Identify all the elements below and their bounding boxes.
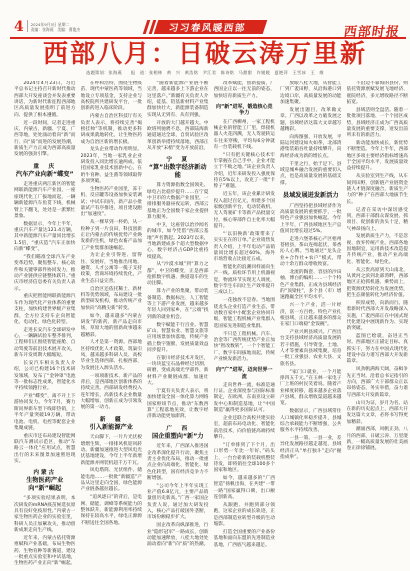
body-paragraph: 山川为证，岁月为名。站在新的历史起点上，西部大开发这篇大文章，必将书写得更加精彩… bbox=[347, 401, 409, 426]
section-region-name: 重 庆 bbox=[14, 164, 76, 171]
body-paragraph: 中卫，这座曾以治沙闻名的城市，如今凭借“西部云基地”声名鹊起。2023年以来，当… bbox=[147, 223, 209, 261]
section-heading: 内蒙古生物医药产业向“新”崛起 bbox=[14, 470, 76, 492]
news-column: 放眼八桂大地，从智能工厂到广袤田野，从沿海港口到边境口岸，高质量发展的动能加速集… bbox=[280, 81, 342, 571]
body-paragraph: 近年来，广西深入推进国企改革深化提升行动，聚焦主责主业优化布局，推动一批重点企业… bbox=[147, 444, 209, 482]
body-paragraph: 潮涌西部，风帆正劲。八月的西部，日破云涛、万里澄新，一幅高质量发展的壮美画卷正徐… bbox=[347, 427, 409, 452]
article-columns: 2024年4月23日，习近平总书记主持召开新时代推动西部大开发座谈会并发表重要讲… bbox=[14, 81, 408, 571]
body-paragraph: 生物医药产业园里，冻干机、反应罐等设备加快安装调试；中试车间内，新产品小批量试产… bbox=[81, 187, 143, 219]
body-paragraph: 兴一个产业，活一片经济，富一方百姓。特色产业扎根县域，正让越来越多的群众在家门口… bbox=[280, 303, 342, 328]
body-paragraph: 重庆把智能网联新能源汽车作为现代化产业体系的重要支柱，加快构建世界级产业集群，全… bbox=[14, 294, 76, 326]
subheading: 向“新”进军，锻造核心竞争力 bbox=[214, 104, 276, 118]
body-paragraph: 风劲帆满海天阔，奋楫争先正当时。沿着总书记指引的方向，西部广大干部群众正以昂扬姿… bbox=[347, 367, 409, 399]
body-paragraph: 在广西柳州，一家工程机械企业的智能工厂里，焊接机器人火花四溅，无人驾驶转运车往来… bbox=[214, 120, 276, 152]
body-paragraph: 蓝图已绘就，奋进正当时。西部地区正锚定目标、真抓实干，努力在中国式现代化建设中奋… bbox=[347, 334, 409, 366]
masthead-logo: 西部时报 bbox=[343, 21, 402, 40]
body-paragraph: 县域活则全盘活。随着一批批项目落地、一个个园区成势，县域经济正成为广西高质量发展… bbox=[347, 108, 409, 140]
body-paragraph: 近五年，该企业累计研发投入超过百亿元，组建多个国家级创新平台，电动装载机、无人驾… bbox=[214, 192, 276, 230]
body-paragraph: 不沿边不靠海的县份，则依托资源禀赋发展飞地经济、庭院经济，多元增收路径不断拓宽。 bbox=[347, 81, 409, 106]
body-paragraph: 走进长安汽车全球研发中心，一辆辆试验车整齐排列，工程师们正围绕智能座舱、自动驾驶… bbox=[14, 328, 76, 360]
section-title: 生物医药产业向“新”崛起 bbox=[14, 477, 76, 492]
body-paragraph: 在呼和浩特，围绕生物疫苗、现代中蒙医药等领域，当地设立专项基金，支持企业与高校院… bbox=[81, 81, 143, 113]
section-title: 县域发展迸发新活力 bbox=[280, 192, 342, 200]
body-paragraph: 天山脚下，一片片光伏板熠熠生辉，一排排风机迎风转动。新疆加速推进大型风电光伏基地… bbox=[81, 435, 143, 467]
body-paragraph: “家门口就业，一个月能挣四五千元。”在玉林一家电子厂上班的村民笑着说。随着产业梯… bbox=[280, 370, 342, 408]
body-paragraph: 数据显示，今年上半年，重庆汽车产量达121.4万辆，其中新能源汽车产量同比增长1… bbox=[14, 222, 76, 254]
body-paragraph: 一项项新技术、新产品的背后，是西部地区创新体系的持续完善。西部研发经费投入连年增… bbox=[81, 374, 143, 412]
body-paragraph: 积厚成势，向新而行。随着新时代西部大开发战略深入实施，广袤西部正在中国式现代化建… bbox=[347, 301, 409, 333]
body-paragraph: 发展新质生产力，不是忽视、放弃传统产业。西部各地因地制宜，运用新技术改造提升传统… bbox=[347, 234, 409, 266]
body-paragraph: “多项实验结果表明，本次研发的mRNA疫苗候选抗原具有良好免疫原性。”内蒙古一家… bbox=[14, 496, 76, 534]
body-paragraph: 自治区还依托稀土、新材料等优势领域，布局建设一批新型研发机构，推动传统产业加快向… bbox=[81, 287, 143, 312]
page-number: 4 bbox=[14, 20, 24, 35]
news-column: 在呼和浩特，围绕生物疫苗、现代中蒙医药等领域，当地设立专项基金，支持企业与高校院… bbox=[81, 81, 143, 571]
body-paragraph: 产业兴则县域兴。广西出台支持县域经济高质量发展的若干措施，引导资金、土地、人才等… bbox=[280, 330, 342, 368]
body-paragraph: “我们瞄准全球汽车产业变革趋势，聚焦整车、核心软件和关键零部件协同发力，推动产业… bbox=[14, 255, 76, 293]
body-paragraph: 2024年4月23日，习近平总书记主持召开新时代推动西部大开发座谈会并发表重要讲… bbox=[14, 81, 76, 119]
body-paragraph: 数据显示，广西县域常住人口城镇化率稳步提升，县城综合承载能力不断增强，公共服务水… bbox=[280, 409, 342, 434]
section-heading: 重 庆汽车产业向新“蝶变” bbox=[14, 164, 76, 179]
body-paragraph: 放眼八桂大地，从智能工厂到广袤田野，从沿海港口到边境口岸，高质量发展的动能加速集… bbox=[280, 81, 342, 106]
body-paragraph: 在银川经济技术开发区，一块块蓝宝石晶棒经过切割、研磨，变成高端光学部件，新材料产… bbox=[147, 356, 209, 388]
subheading: 向“广”进军，迈向世界一流 bbox=[214, 367, 276, 381]
news-column: 改革赋能，创新提质，广西国企正以一往无前的姿态，加快培育新质生产力。向“新”进军… bbox=[214, 81, 276, 571]
body-paragraph: 不只是工程机械。汽车、冶金等广西传统优势产业正加快“智改数转”，一个个智能工厂、… bbox=[214, 332, 276, 364]
body-paragraph: 从实验室到生产线，从车间到田野，创新链产业链资金链人才链深度融合，新质生产力的“… bbox=[347, 174, 409, 206]
news-column: “随着新能源产业链不断完善，越来越多上下游企业在这里落户。”新疆有关负责人介绍，… bbox=[147, 81, 209, 571]
series-banner-text: 习习春风暖西部 bbox=[169, 20, 248, 34]
body-paragraph: 打造全国重要的产业备份基地和面向东盟的先进制造业基地，广西底气越来越足。 bbox=[214, 530, 276, 549]
body-paragraph: 产业“蝶变”，离不开上下游协同发力。今年7月，赛力斯问界新车型下线即热销，上半年… bbox=[14, 394, 76, 432]
body-paragraph: 企业还联合高校共建实验室，超前布局电动化、智能化前沿技术，向价值链高端持续攀升。 bbox=[214, 416, 276, 441]
body-paragraph: 千里之行，始于足下。县域是城乡融合发展的重要切入点，也是高质量发展的基础支撑。 bbox=[280, 162, 342, 187]
body-paragraph: 龙头企业带动作用明显。2023年，当地一家乳业企业研发投入同比增长逾两成，依托国… bbox=[81, 147, 143, 185]
body-paragraph: 从跟跑、并跑到部分领跑，这家企业的成长轨迹，正是西部制造业转型升级的生动缩影。 bbox=[214, 503, 276, 528]
date-editor-info: 2024年9月3日 星期二 责编：张海燕 美编：曹俊杰 bbox=[27, 20, 80, 32]
body-paragraph: 一县一策、一县一业，差异化发展路径越走越宽，县域经济正从“单打独斗”走向“握指成… bbox=[280, 436, 342, 461]
body-paragraph: 从“沙漠水城”到“算力之都”，中卫的蝶变，正是西部抢抓数字机遇、换道超车的生动注… bbox=[147, 262, 209, 287]
body-paragraph: 智能化的浪潮同样涌向生产一线。质检环节用上机器视觉，物流环节实现无人调度，数字孪… bbox=[214, 265, 276, 297]
section-title: 引入新能源产业 bbox=[81, 424, 143, 432]
body-paragraph: 改革赋能，创新提质，广西国企正以一往无前的姿态，加快培育新质生产力。 bbox=[214, 81, 276, 100]
body-paragraph: “‘以旧换新’政策带来了实实在在的订单。”企业销售负责人介绍，上半年电动产品销量… bbox=[214, 232, 276, 264]
body-paragraph: 一花独放不是春。当地围绕龙头企业打造产业生态，带动数百家中小配套企业协同升级，智… bbox=[214, 298, 276, 330]
byline: 选题策划：张海燕 报 道：张相林 黄 兴 黄浩铭 尹江君 陈诗铭 马甜甜 许媛媛… bbox=[0, 70, 410, 76]
section-heading: 县域发展迸发新活力 bbox=[280, 192, 342, 200]
body-paragraph: “追风逐日”的背后，是电网、储能、调峰等系统能力的整体跃升，新能源利用率持续保持… bbox=[81, 495, 143, 527]
news-column: 2024年4月23日，习近平总书记主持召开新时代推动西部大开发座谈会并发表重要讲… bbox=[14, 81, 76, 571]
body-paragraph: 记者在采访中深切感受到，西部干部群众谋发展、抓项目、促创新的劲头十足，精气神昂扬… bbox=[347, 208, 409, 233]
body-paragraph: 算力产业的集聚，带动装备制造、数据标注、人工智能等上下游产业发展，越来越多年轻人… bbox=[147, 289, 209, 321]
main-headline: 西部八月：日破云涛万里新 bbox=[0, 41, 410, 67]
section-title: 汽车产业向新“蝶变” bbox=[14, 171, 76, 179]
body-paragraph: 从一棵草到一杯奶，从一粒种子到一片良田，科技创新正让内蒙古的传统优势产业焕发新的… bbox=[81, 220, 143, 252]
body-paragraph: 如今，越来越多“内蒙古研发”的新药、新产品走向市场，草原大地的创新故事越来越精彩… bbox=[81, 314, 143, 339]
section-heading: 广 西国企重塑向“新”力 bbox=[147, 426, 209, 441]
body-paragraph: 长安汽车相关负责人介绍，公司已构建16个技术研发领域，发布了“金钟罩”电池等一批… bbox=[14, 361, 76, 393]
body-paragraph: 宁夏有关负责人表示，将加快建设全国一体化算力网络国家枢纽节点，推动“东数西算”工… bbox=[147, 389, 209, 421]
body-paragraph: 算力资源指数全国领先、绿电占比稳步提升……在宁夏中卫市的大数据产业园里，一排排服… bbox=[147, 183, 209, 221]
body-paragraph: 走进六堡茶核心产区梧州苍梧县，茶山连绵起伏，茶香沁人心脾。当地通过“龙头企业+合… bbox=[280, 237, 342, 269]
newspaper-page: 4 2024年9月3日 星期二 责编：张海燕 美编：曹俊杰 习习春风暖西部 西部… bbox=[0, 0, 410, 571]
body-paragraph: 从云贵高原到天山南北，从黄河之滨到北部湾畔，西部地区正抢抓机遇、乘势而上，把资源… bbox=[347, 268, 409, 300]
body-paragraph: 开放的大门越开越大。中欧班列驰骋不息，西部陆海新通道通达全球，自贸试验区改革创新… bbox=[147, 121, 209, 153]
body-paragraph: 数字赋能千行百业。智慧矿山、智慧农业、智慧文旅等应用场景加快落地，传统产业插上数… bbox=[147, 323, 209, 355]
section-title: “算”出数字经济新动能 bbox=[147, 164, 209, 179]
section-region-name: 广 西 bbox=[147, 426, 209, 433]
body-paragraph: 走进重庆两江新区的智能网联新能源汽车产业园，一座座现代化工厂拔地而起，一辆辆新能… bbox=[14, 182, 76, 220]
body-paragraph: 为让企业引得进、留得住、发展好，当地推出用地、融资、人才公寓等一揽子支持政策，营… bbox=[81, 253, 143, 285]
body-paragraph: 重庆市还布局建设智能网联汽车测试示范区，推动“车路云一体化”应用试点，智慧出行的… bbox=[14, 434, 76, 466]
body-paragraph: 走向世界一流，标准是通行证。企业深度参与国际标准制定，在欧洲、东南亚设立研发中心… bbox=[214, 383, 276, 415]
body-paragraph: 近年来，内蒙古依托资源禀赋和产业基础，布局生物医药、生物育种等新赛道，建设一批重… bbox=[14, 536, 76, 568]
body-paragraph: 发展出题目，改革做文章。广西以改革之力破发展之题，县域经济这篇大文章越写越精彩。 bbox=[280, 108, 342, 133]
body-paragraph: 风电塔筒、光伏组件、储能电池……一批批“新疆造”产品从这里走向全国，绿色能源产业… bbox=[81, 468, 143, 493]
body-paragraph: 北流的陶瓷、容县的沙田柚、博白的编织……一个个特色产业集群，正成为县域经济的“顶… bbox=[280, 270, 342, 302]
body-paragraph: “只有把关键核心技术牢牢掌握在自己手中，企业才能立于不败之地。”该企业负责人介绍… bbox=[214, 153, 276, 191]
body-paragraph: 人才是第一资源。西部地区持续优化人才政策，筑巢引凤，越来越多科研人员、高校毕业生… bbox=[81, 340, 143, 372]
body-paragraph: “订单排到了下个月，出口形势一年比一年好。”码头上，一台台崭新的装载机整装待发，… bbox=[214, 443, 276, 475]
body-paragraph: 向海图强、开放发展，平陆运河建设如火如荼，北部湾港集装箱吞吐量持续攀升，向海经济… bbox=[280, 135, 342, 160]
section-title: 国企重塑向“新”力 bbox=[147, 433, 209, 441]
page-header: 4 2024年9月3日 星期二 责编：张海燕 美编：曹俊杰 习习春风暖西部 西部… bbox=[10, 20, 406, 39]
section-heading: 新 疆引入新能源产业 bbox=[81, 417, 143, 432]
news-column: 不沿边不靠海的县份，则依托资源禀赋发展飞地经济、庭院经济，多元增收路径不断拓宽。… bbox=[347, 81, 409, 571]
body-paragraph: 内蒙古自治区科技厅有关负责人表示，将持续完善“揭榜挂帅”等机制，推动更多科研成果… bbox=[81, 114, 143, 146]
section-region-name: 新 疆 bbox=[81, 417, 143, 424]
body-paragraph: 国企改革向纵深推进，行业“隐形冠军”一路成长，创新动能加速释放，八桂大地处处涌动… bbox=[147, 523, 209, 548]
body-paragraph: 广西坚持把县域经济作为高质量发展的重要抓手，一批特色产业强县加快崛起。今年上半年… bbox=[280, 204, 342, 236]
body-paragraph: “随着新能源产业链不断完善，越来越多上下游企业在这里落户。”新疆有关负责人介绍，… bbox=[147, 81, 209, 119]
body-paragraph: 近一段时间，记者走进重庆、内蒙古、新疆、宁夏、广西等地，处处涌动着向“新”而行、… bbox=[14, 121, 76, 159]
series-banner: 习习春风暖西部 bbox=[149, 20, 268, 34]
editor-line: 责编：张海燕 美编：曹俊杰 bbox=[31, 27, 80, 32]
body-paragraph: 如今，越来越多的“广西智造”扬帆出海，在共建“一带一路”国家赢得口碑，出口额连创… bbox=[214, 476, 276, 501]
section-heading: 宁 夏“算”出数字经济新动能 bbox=[147, 157, 209, 179]
body-paragraph: 新动能加快成长，新优势不断塑造。今年上半年，西部地区多项主要经济指标增速高于全国… bbox=[347, 141, 409, 173]
body-paragraph: “公司今年上半年实现工业产值6.8亿元，主要产品销量创历史新高。”广西一家国企负… bbox=[147, 484, 209, 522]
